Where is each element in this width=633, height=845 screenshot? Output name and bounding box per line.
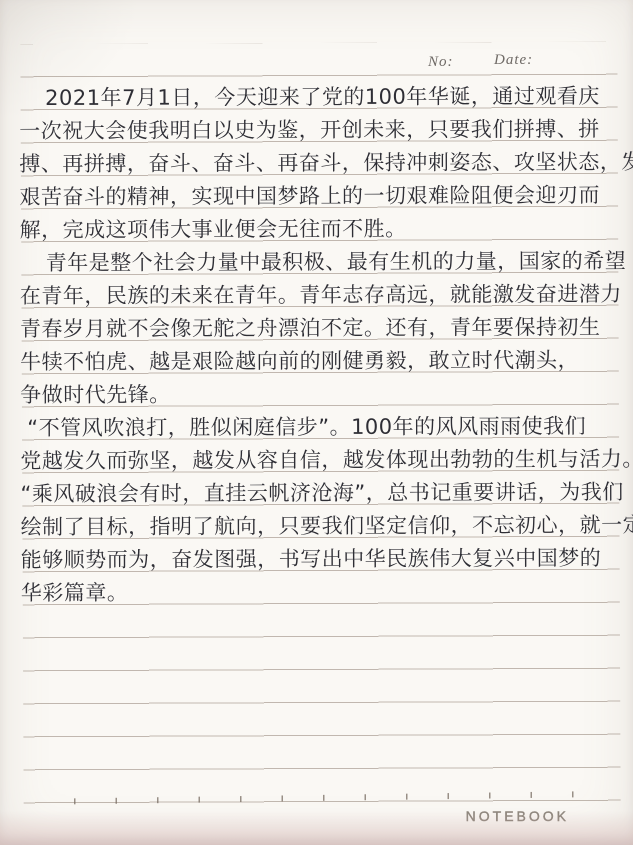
handwriting-line: “乘风破浪会有时，直挂云帆济沧海”，总书记重要讲话，为我们	[20, 476, 621, 511]
handwritten-text: 2021年7月1日，今天迎来了党的100年华诞，通过观看庆 一次祝大会使我明白以…	[19, 80, 622, 610]
handwriting-line: 解，完成这项伟大事业便会无往而不胜。	[20, 212, 621, 247]
handwriting-line: 牛犊不怕虎、越是艰险越向前的刚健勇毅，敢立时代潮头，	[20, 344, 621, 379]
date-label: Date:	[494, 52, 533, 69]
handwriting-line: 在青年，民族的未来在青年。青年志存高远，就能激发奋进潜力	[20, 278, 621, 313]
page-header: No: Date:	[0, 54, 633, 76]
handwriting-line: 2021年7月1日，今天迎来了党的100年华诞，通过观看庆	[19, 80, 620, 115]
handwriting-line: 能够顺势而为，奋发图强，书写出中华民族伟大复兴中国梦的	[21, 542, 622, 577]
notebook-page: No: Date: 2021年7月1日，今天迎来了党的100年华诞，通过观看庆 …	[0, 0, 633, 845]
handwriting-line: 华彩篇章。	[21, 575, 622, 610]
no-label: No:	[428, 54, 454, 71]
handwriting-line: 绘制了目标，指明了航向，只要我们坚定信仰，不忘初心，就一定	[21, 509, 622, 544]
handwriting-line: 搏、再拼搏，奋斗、奋斗、再奋斗，保持冲刺姿态、攻坚状态，发扬	[19, 146, 620, 181]
handwriting-line: 青年是整个社会力量中最积极、最有生机的力量，国家的希望	[20, 245, 621, 280]
handwriting-line: 艰苦奋斗的精神，实现中国梦路上的一切艰难险阻便会迎刃而	[19, 179, 620, 214]
notebook-brand: NOTEBOOK	[466, 808, 569, 824]
handwriting-line: 一次祝大会使我明白以史为鉴，开创未来，只要我们拼搏、拼	[19, 113, 620, 148]
handwriting-line: 争做时代先锋。	[20, 377, 621, 412]
handwriting-line: 党越发久而弥坚，越发从容自信，越发体现出勃勃的生机与活力。	[20, 443, 621, 478]
handwriting-line: “不管风吹浪打，胜似闲庭信步”。100年的风风雨雨使我们	[20, 410, 621, 445]
perforation-ticks	[34, 791, 593, 805]
handwriting-line: 青春岁月就不会像无舵之舟漂泊不定。还有，青年要保持初生	[20, 311, 621, 346]
